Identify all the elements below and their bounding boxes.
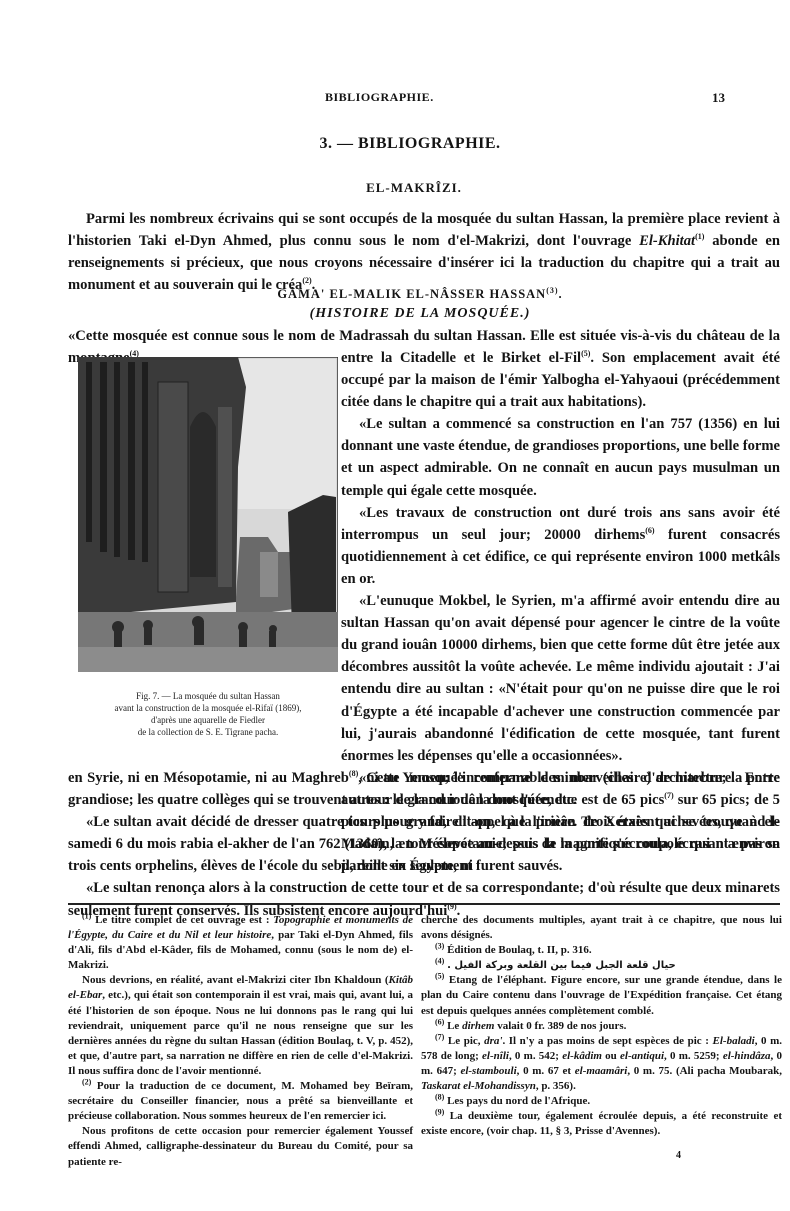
paragraph: «Le sultan a commencé sa construction en… (341, 413, 780, 501)
footnote-5: (5) Etang de l'éléphant. Figure encore, … (421, 973, 782, 1018)
footnote-8: (8) Les pays du nord de l'Afrique. (421, 1094, 782, 1109)
paragraph: en Syrie, ni en Mésopotamie, ni au Maghr… (68, 767, 780, 811)
footnote-divider (68, 903, 780, 905)
paragraph: entre la Citadelle et le Birket el-Fil(5… (341, 347, 780, 413)
paragraph: «Les travaux de construction ont duré tr… (341, 502, 780, 590)
paragraph: «L'eunuque Mokbel, le Syrien, m'a affirm… (341, 590, 780, 767)
figure-caption: Fig. 7. — La mosquée du sultan Hassan av… (68, 690, 348, 738)
intro-paragraph: Parmi les nombreux écrivains qui se sont… (68, 208, 780, 296)
footnote-ref: (3) (546, 286, 558, 295)
work-title: El-Khitat (639, 233, 695, 249)
footnote-1-continued: Nous devrions, en réalité, avant el-Makr… (68, 973, 413, 1079)
footnote-2-end: cherche des documents multiples, ayant t… (421, 913, 782, 943)
arabic-text: حيال قلعة الجبل فيما بين القلعة وبركة ال… (447, 960, 676, 971)
footnotes-right-column: cherche des documents multiples, ayant t… (421, 913, 782, 1139)
running-head: BIBLIOGRAPHIE. (325, 90, 434, 105)
signature-mark: 4 (676, 1150, 681, 1161)
footnote-6: (6) Le dirhem valait 0 fr. 389 de nos jo… (421, 1019, 782, 1034)
footnote-4: (4) حيال قلعة الجبل فيما بين القلعة وبرك… (421, 958, 782, 973)
footnote-ref: (6) (645, 526, 654, 535)
chapter-title: GÂMA' EL-MALIK EL-NÂSSER HASSAN(3). (0, 287, 790, 302)
body-full-column: en Syrie, ni en Mésopotamie, ni au Maghr… (68, 767, 780, 922)
subsection-title: EL-MAKRÎZI. (0, 180, 790, 196)
mosque-image (78, 357, 338, 672)
footnote-7: (7) Le pic, dra'. Il n'y a pas moins de … (421, 1034, 782, 1094)
chapter-subtitle: (HISTOIRE DE LA MOSQUÉE.) (0, 306, 790, 322)
footnote-9: (9) La deuxième tour, également écroulée… (421, 1109, 782, 1139)
page-number: 13 (712, 90, 725, 106)
footnote-ref: (1) (695, 232, 704, 241)
footnote-1: (1) Le titre complet de cet ouvrage est … (68, 913, 413, 973)
footnotes-left-column: (1) Le titre complet de cet ouvrage est … (68, 913, 413, 1170)
mosque-photograph (78, 357, 338, 672)
footnote-2-continued: Nous profitons de cette occasion pour re… (68, 1124, 413, 1169)
footnote-ref: (2) (302, 276, 311, 285)
footnote-ref: (8) (349, 769, 358, 778)
footnote-3: (3) Édition de Boulaq, t. II, p. 316. (421, 943, 782, 958)
paragraph: «Le sultan avait décidé de dresser quatr… (68, 811, 780, 877)
footnote-2: (2) Pour la traduction de ce document, M… (68, 1079, 413, 1124)
section-title: 3. — BIBLIOGRAPHIE. (0, 135, 790, 153)
